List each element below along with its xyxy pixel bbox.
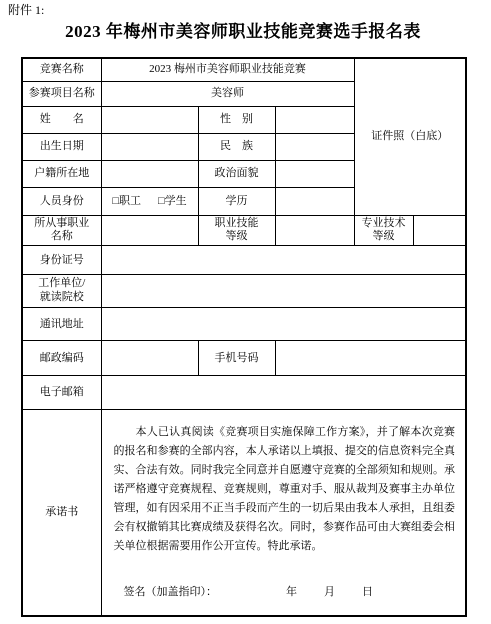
table-row: 工作单位/ 就读院校 bbox=[22, 275, 466, 308]
checkbox-staff[interactable]: □职工 bbox=[112, 194, 141, 209]
table-row: 邮政编码 手机号码 bbox=[22, 341, 466, 376]
address-label: 通讯地址 bbox=[22, 308, 101, 341]
page-title: 2023 年梅州市美容师职业技能竞赛选手报名表 bbox=[21, 21, 465, 42]
date-group: 年 月 日 bbox=[286, 585, 373, 600]
gender-label: 性 别 bbox=[198, 106, 275, 133]
email-label: 电子邮箱 bbox=[22, 376, 101, 410]
person-identity-options: □职工 □学生 bbox=[101, 187, 198, 215]
signature-row: 签名（加盖指印）： 年 月 日 bbox=[102, 585, 466, 615]
ethnicity-field[interactable] bbox=[275, 133, 354, 160]
table-row: 所从事职业 名称 职业技能 等级 专业技术 等级 bbox=[22, 215, 466, 246]
competition-name-value: 2023 梅州市美容师职业技能竞赛 bbox=[101, 58, 354, 81]
phone-field[interactable] bbox=[275, 341, 466, 376]
table-row: 身份证号 bbox=[22, 246, 466, 275]
birth-date-field[interactable] bbox=[101, 133, 198, 160]
person-identity-label: 人员身份 bbox=[22, 187, 101, 215]
occupation-label: 所从事职业 名称 bbox=[22, 215, 101, 246]
birth-date-label: 出生日期 bbox=[22, 133, 101, 160]
photo-placeholder[interactable]: 证件照（白底） bbox=[354, 58, 466, 215]
attachment-label: 附件 1: bbox=[0, 0, 491, 17]
skill-level-label: 职业技能 等级 bbox=[198, 215, 275, 246]
project-name-label: 参赛项目名称 bbox=[22, 81, 101, 106]
year-label[interactable]: 年 bbox=[286, 585, 297, 600]
registration-form-table: 竞赛名称 2023 梅州市美容师职业技能竞赛 证件照（白底） 参赛项目名称 美容… bbox=[21, 57, 467, 617]
work-unit-field[interactable] bbox=[101, 275, 466, 308]
project-name-value: 美容师 bbox=[101, 81, 354, 106]
name-label: 姓 名 bbox=[22, 106, 101, 133]
tech-level-field[interactable] bbox=[413, 215, 466, 246]
residence-field[interactable] bbox=[101, 160, 198, 187]
education-field[interactable] bbox=[275, 187, 354, 215]
political-status-label: 政治面貌 bbox=[198, 160, 275, 187]
table-row: 承诺书 本人已认真阅读《竞赛项目实施保障工作方案》，并了解本次竞赛的报名和参赛的… bbox=[22, 410, 466, 617]
name-field[interactable] bbox=[101, 106, 198, 133]
day-label[interactable]: 日 bbox=[362, 585, 373, 600]
phone-label: 手机号码 bbox=[198, 341, 275, 376]
work-unit-label: 工作单位/ 就读院校 bbox=[22, 275, 101, 308]
occupation-field[interactable] bbox=[101, 215, 198, 246]
education-label: 学历 bbox=[198, 187, 275, 215]
gender-field[interactable] bbox=[275, 106, 354, 133]
skill-level-field[interactable] bbox=[275, 215, 354, 246]
id-number-label: 身份证号 bbox=[22, 246, 101, 275]
competition-name-label: 竞赛名称 bbox=[22, 58, 101, 81]
address-field[interactable] bbox=[101, 308, 466, 341]
table-row: 竞赛名称 2023 梅州市美容师职业技能竞赛 证件照（白底） bbox=[22, 58, 466, 81]
month-label[interactable]: 月 bbox=[324, 585, 335, 600]
id-number-field[interactable] bbox=[101, 246, 466, 275]
commitment-label: 承诺书 bbox=[22, 410, 101, 617]
postal-code-label: 邮政编码 bbox=[22, 341, 101, 376]
commitment-content: 本人已认真阅读《竞赛项目实施保障工作方案》，并了解本次竞赛的报名和参赛的全部内容… bbox=[101, 410, 466, 617]
residence-label: 户籍所在地 bbox=[22, 160, 101, 187]
checkbox-student[interactable]: □学生 bbox=[158, 194, 187, 209]
table-row: 电子邮箱 bbox=[22, 376, 466, 410]
tech-level-label: 专业技术 等级 bbox=[354, 215, 413, 246]
commitment-text: 本人已认真阅读《竞赛项目实施保障工作方案》，并了解本次竞赛的报名和参赛的全部内容… bbox=[114, 423, 456, 556]
table-row: 通讯地址 bbox=[22, 308, 466, 341]
signature-label[interactable]: 签名（加盖指印）： bbox=[124, 585, 218, 600]
political-status-field[interactable] bbox=[275, 160, 354, 187]
email-field[interactable] bbox=[101, 376, 466, 410]
ethnicity-label: 民 族 bbox=[198, 133, 275, 160]
postal-code-field[interactable] bbox=[101, 341, 198, 376]
